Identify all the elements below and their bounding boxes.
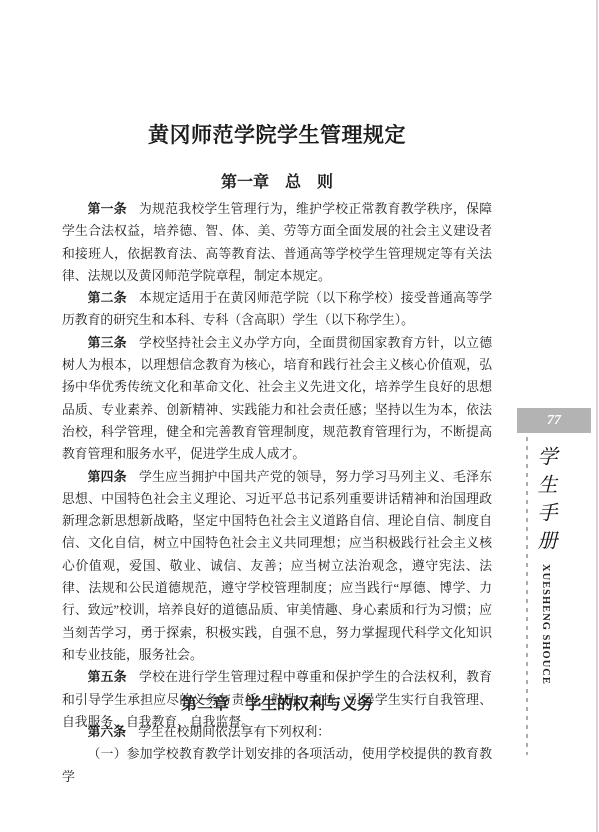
document-title: 黄冈师范学院学生管理规定 bbox=[62, 119, 492, 151]
article-number: 第一条 bbox=[88, 202, 127, 216]
article-paragraph: 第三条学校坚持社会主义办学方向，全面贯彻国家教育方针，以立德树人为根本，以理想信… bbox=[62, 332, 492, 466]
article-paragraph: （一）参加学校教育教学计划安排的各项活动，使用学校提供的教育教学 bbox=[62, 743, 492, 788]
handbook-title-vertical: 学生手册 bbox=[534, 446, 556, 558]
chapter-2-articles: 第六条学生在校期间依法享有下列权利： （一）参加学校教育教学计划安排的各项活动，… bbox=[62, 721, 492, 788]
handbook-pinyin-vertical: XUESHENG SHOUCE bbox=[540, 564, 551, 685]
sidebar-dashed-divider bbox=[526, 437, 528, 755]
page-right-edge bbox=[596, 0, 598, 832]
article-number: 第三条 bbox=[88, 336, 127, 350]
article-paragraph: 第六条学生在校期间依法享有下列权利： bbox=[62, 721, 492, 743]
article-text: 学生应当拥护中国共产党的领导，努力学习马列主义、毛泽东思想、中国特色社会主义理论… bbox=[62, 470, 492, 662]
article-paragraph: 第四条学生应当拥护中国共产党的领导，努力学习马列主义、毛泽东思想、中国特色社会主… bbox=[62, 466, 492, 667]
article-paragraph: 第一条为规范我校学生管理行为，维护学校正常教育教学秩序，保障学生合法权益，培养德… bbox=[62, 198, 492, 287]
chapter-2-heading: 第二章 学生的权利与义务 bbox=[62, 694, 492, 716]
article-paragraph: 第二条本规定适用于在黄冈师范学院（以下称学校）接受普通高等学历教育的研究生和本科… bbox=[62, 287, 492, 332]
article-number: 第二条 bbox=[88, 291, 127, 305]
article-number: 第六条 bbox=[88, 725, 126, 739]
article-number: 第五条 bbox=[88, 670, 127, 684]
article-text: 学生在校期间依法享有下列权利： bbox=[138, 725, 330, 739]
chapter-1-articles: 第一条为规范我校学生管理行为，维护学校正常教育教学秩序，保障学生合法权益，培养德… bbox=[62, 198, 492, 733]
article-text: 学校坚持社会主义办学方向，全面贯彻国家教育方针，以立德树人为根本，以理想信念教育… bbox=[62, 336, 492, 461]
article-text: （一）参加学校教育教学计划安排的各项活动，使用学校提供的教育教学 bbox=[62, 747, 492, 783]
article-number: 第四条 bbox=[88, 470, 127, 484]
sidebar-vertical-title: 学生手册 XUESHENG SHOUCE bbox=[531, 446, 560, 806]
handbook-page: { "page": { "title": "黄冈师范学院学生管理规定", "ch… bbox=[0, 0, 599, 832]
chapter-1-heading: 第一章 总 则 bbox=[62, 172, 492, 194]
page-number-badge: 77 bbox=[517, 408, 591, 433]
